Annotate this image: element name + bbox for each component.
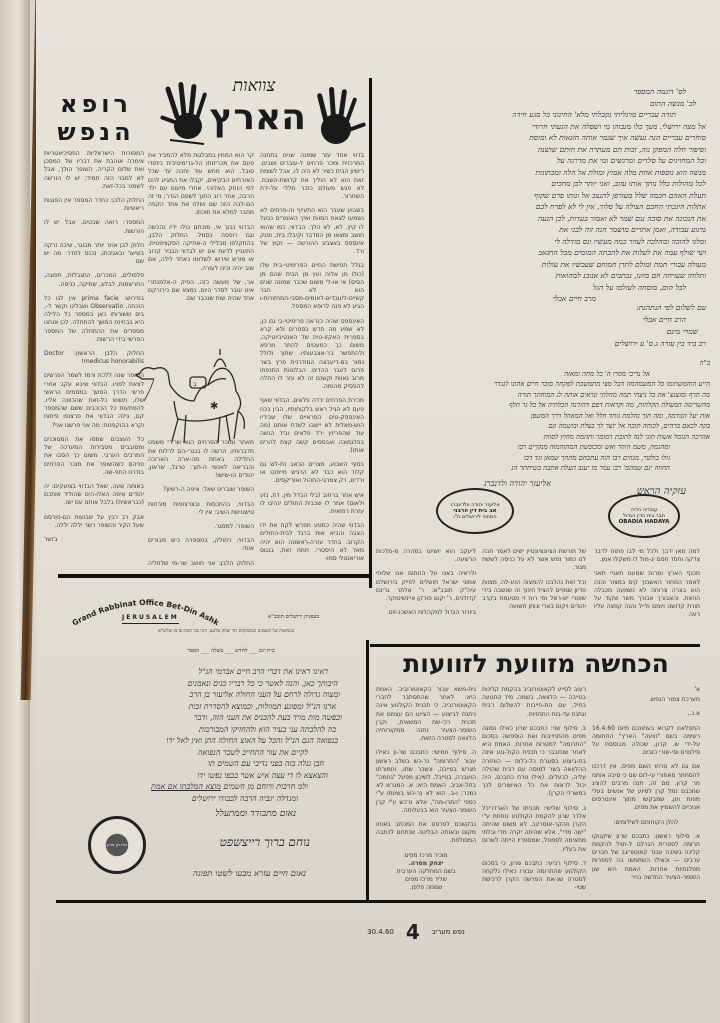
letter-line: וכל המחויגים על סלדים ומרגשים ומי את מדר… — [380, 155, 706, 167]
paragraph: המסורות הישראליות הפסיכיאטריות אימרה אוה… — [44, 150, 144, 191]
paragraph: ה. סילוף חמישי: כתבכם שר-ון כאילו עבור "… — [376, 749, 476, 815]
paragraph: החלוק הלבן: אני חושב שר-מי שלחליה הוא יי… — [148, 560, 254, 567]
letter-greeting: לכ' מנשה התום — [380, 98, 706, 110]
letter-line: היבותך כאן, והנה לאשר כי כל דבריו כנים ו… — [88, 678, 348, 690]
signature-line: בשם המחלקה הערבית — [376, 868, 476, 876]
paragraph: השופר: למסגר. — [148, 523, 254, 531]
signature-line: שליד מרכז מפים — [376, 876, 476, 884]
paragraph: של תורשת הציונציונטיין ישים לאמר חבה לנו… — [482, 548, 586, 573]
paragraph: התפלאנו לקרוא בעתונכם מיום 16.4.60 רשימה… — [592, 725, 700, 758]
mid-text-col-middle: של תורשת הציונציונטיין ישים לאמר חבה לנו… — [482, 548, 586, 640]
paragraph: השופר שובריט שאל: איפה ה-רשיון? — [148, 486, 254, 494]
letter-line: עם לשלום לפי הנתהגת: — [506, 302, 706, 314]
paragraph: הבדווי: רחולק, במספרה כיש מבורים אותי. — [148, 537, 254, 553]
letter-header: לס' דוגמה המספר — [380, 86, 706, 98]
signature-line: יצחק מסרה. — [376, 860, 476, 868]
paragraph: רעוב לסייע לקאוטורוביב בהקמת קלינות בטיי… — [482, 686, 586, 719]
letter-line: אל נדיבי מסרו ה' כל מחה ומאזה — [380, 369, 710, 380]
paragraph: באותה שעה, שאל הבדווי בצועקים: יה יהודים… — [44, 483, 144, 508]
mid-text-col-left: ליעקב הוא יושיעו במהרה מ-מלכות הרשעה. ול… — [376, 548, 476, 640]
letter-line: ומהגמה, משמ הוהר ואש ומכובשת המתוהמוה מנ… — [380, 442, 710, 453]
letter-line: רב ביד בין עזרה ג.ס' ע ירושלים — [506, 338, 706, 350]
page-footer: 30.4.60 4 נפש מעריב — [336, 920, 496, 944]
letter-line: ותלוחו שעויחה חם מוונו, נכתבים לא אנובג … — [380, 270, 706, 282]
letter-line: לקיים את עזר התחייב לשכר הנפואה — [88, 747, 348, 759]
letter-line: אות יעל הנודמה, ומה תוך נהלמת גוחד חלל ו… — [380, 411, 710, 422]
middle-headline-large: הארץ — [216, 98, 306, 138]
paragraph: כל העצבים שמסו את המסוכנים ומסובבים מסבי… — [44, 436, 144, 477]
paragraph: החלוק הלבן הראשון: Doctor medicus honora… — [44, 350, 144, 366]
letter-line: חבן נגלה בזה בפני נדיבי עם השמים תו — [88, 758, 348, 770]
letterhead-arc-en: Grand Rabbinat Office Bet-Din Ashkenazim — [66, 590, 226, 630]
letterhead-arc-he: בית דין הגדול לכל מקהלות האשכנזים — [216, 588, 366, 628]
letterhead-city: JERUSALEM — [122, 614, 179, 624]
letter-line: ארנו הנ"ל ומפוגע תמוולות, וכמוצא להסדרת … — [88, 701, 348, 713]
publication-name: נפש מעריב — [432, 928, 465, 936]
letter-line: ראינו ראינו את דברי הרב חיים אברמי הנ"ל — [88, 666, 348, 678]
letter-line: מעולה עבורי חמת ומולם לתרן חמוחם שעכשיו … — [380, 259, 706, 271]
newspaper-page: רופא הנפש המסורות הישראליות הפסיכיאטריות… — [36, 0, 720, 1023]
signature-1: נאום מתבודד וממתעלל — [146, 808, 296, 821]
paragraph: ליעקב הוא יושיעו במהרה מ-מלכות הרשעה. — [376, 548, 476, 564]
paragraph: למה מאן ידבך ולכל מי לבו פתוח לדבר צדקה … — [594, 548, 700, 564]
bet-din-seal: בית דין צדק — [88, 816, 146, 874]
signature-2: נוחם ברוך רייצשפט — [160, 836, 310, 849]
letter-line: אהרכה הנומל אשות תוגי לנה לתובת דמומר ות… — [380, 432, 710, 443]
page-number: 4 — [406, 920, 420, 944]
paragraph: איש אחר ברחוב (בלי הבדל מין, דת, גזע ולא… — [260, 492, 364, 517]
letter-line: בנפואה הגם הנ"ל והכל על האוצ החולה התן ו… — [88, 735, 348, 747]
letter-line: מנשה הוא נוספות אחת מלה אמוץ ומולת אל הל… — [380, 167, 706, 179]
paragraph: בדווי אחד עזר שמונה שנים בתחנה המרכזית ו… — [260, 152, 364, 201]
paragraph: מכנף הארץ ומרות שמענו תאניי תאני לאמר המ… — [594, 570, 700, 619]
letter-line: וכפשה מות מויד בעת להכניס את העני הזה, ו… — [88, 712, 348, 724]
stamp-line: המחוזי לירושלים ת"ו — [453, 514, 496, 520]
paragraph: א.נ., — [592, 710, 700, 718]
paragraph: פלפולים, המכרים, התגבלות, תפוגה, התרשמות… — [44, 272, 144, 288]
section-divider — [58, 574, 370, 578]
issue-date: 30.4.60 — [367, 928, 394, 936]
paragraph: בסוף השבוע, מצרים הכאב נת-לש גם קלוד הוא… — [260, 461, 364, 486]
underlined-note: מוצא המלבתו אם אמת — [151, 782, 221, 791]
paragraph: וכל זאת נהלבנו להמצוה הנע-לה, מצוות פדיו… — [482, 579, 586, 612]
letter-line: לכל מהולות כלל נותך אותו עזוב, ואני יותר… — [380, 178, 706, 190]
letter-line: את הנכונה את סוכה נגם שמר לא ואמור בעדות… — [380, 213, 706, 225]
paragraph: ד. סילוף רביעי: כתבכם שרון, כי בסכום הקו… — [482, 860, 586, 893]
letter-line: ושי שולף עמה את לעלות את להבתה המומים מכ… — [380, 247, 706, 259]
letter-line-text: ולמ חרבות ורוחם מן השמים — [223, 782, 308, 791]
letterhead-presidency: בנשיאות של הגאונים המובהקים רבי יצחק טלנ… — [126, 628, 326, 634]
mid-text-col-right: למה מאן ידבך ולכל מי לבו פתוח לדבר צדקה … — [594, 548, 700, 640]
paragraph: להלן הקוחותם לשילומים: — [592, 819, 700, 827]
letter-line: בה להלבתה עני בעיר הוא ולהחזיקו המבורכות — [88, 724, 348, 736]
seal-text: בית דין צדק — [107, 842, 127, 848]
letter-marker: ב"ה — [380, 358, 710, 369]
letter-top-closing: עם לשלום לפי הנתהגת: הרב חיים אבלי שמרי … — [506, 302, 706, 358]
left-column-body: המסורות הישראליות הפסיכיאטריות אימרה אוה… — [44, 150, 144, 550]
paragraph: בגלל תפישת החיים הפרימיטי-בית שלו (כולו … — [260, 262, 364, 311]
paragraph: החלוק הלבן: כחדר המספר אין הפגנות ריאשיו… — [44, 197, 144, 213]
bottom-right-headline: הכחשה מזוועת לזוועות — [386, 648, 686, 680]
letter-line: ומלני להוכה ומהלכה לעזור כמה מעשיו ונס מ… — [380, 236, 706, 248]
paragraph: מכירת הפרחים ירדה פלאים. הבדווי שאף פעם … — [260, 397, 364, 454]
paragraph: מערכת צמור הנפש. — [592, 696, 700, 704]
letter-line: הייע הוהמשתומו כל המשמהמה הכל מצי מתמשכת… — [380, 379, 710, 390]
letter-line: אתלות הינכתי החכם הצולה על סלוד, אין לי … — [380, 201, 706, 213]
letter-line: והצאצא לו די עצה איש אשר בכפו נפשו ידו — [88, 770, 348, 782]
letter-line: בקה לכאם ברהים, לכוחה תוכה אל יוצר לך בצ… — [380, 421, 710, 432]
paragraph: קר הוא המתין במבלגות מלא להמביר את פעם א… — [148, 152, 254, 218]
paragraph: ביורור הגדול למקהלות האשכנ-זים. — [376, 609, 476, 617]
middle-article-col-right: בדווי אחד עזר שמונה שנים בתחנה המרכזית ו… — [260, 152, 364, 567]
handwritten-letter-middle: ב"ה אל נדיבי מסרו ה' כל מחה ומאזה הייע ה… — [380, 358, 710, 470]
left-headline-line2: הנפש — [54, 118, 138, 146]
paragraph: נבקשכם לפרסם את המכתב באותו מקום ובאותה … — [376, 821, 476, 846]
letter-line: וסיפור חלה המפקן נוה, זכות תם מעתרה את ח… — [380, 144, 706, 156]
camel-illustration: ✱ ב — [134, 345, 252, 447]
svg-text:בית דין הגדול לכל מקהלות האשכנ: בית דין הגדול לכל מקהלות האשכנזים — [216, 588, 220, 591]
letter-date-line: בית יום ___ לחדש ___ בשלה ___ הספר — [166, 648, 296, 654]
paragraph: אם גם לא טרחו השם מפיס, אין דרכנו להסתתר… — [592, 763, 700, 812]
paragraph: השופר שנה ללכת ורמז לשמר הפרשים לצאת לפנ… — [44, 372, 144, 429]
signature: ג'ושר — [44, 536, 144, 544]
signature-line: שמחה פלפן. — [376, 884, 476, 892]
letter-line: ומצוה גדולה לרחם על העני החולה אליעזר בן… — [88, 689, 348, 701]
paragraph: הבדווי נבוך אי, מוכתם כולו ידיו נהכשה וג… — [148, 224, 254, 273]
bet-din-letter-body: ראינו ראינו את דברי הרב חיים אברמי הנ"ל … — [88, 666, 348, 806]
letter-line: סוחרים עבריים הנה נעשה איך שגמר אותה חזג… — [380, 132, 706, 144]
letter-line: לבל הום, מוסחה לעולמו על הגל — [380, 282, 706, 294]
column-divider — [369, 78, 372, 588]
bottom-article-col-middle: רעוב לסייע לקאוטורוביב בהקמת קלינות בטיי… — [482, 686, 586, 898]
left-headline: רופא הנפש — [54, 90, 138, 146]
letter-line: ולמ חרבות ורוחם מן השמים מוצא המלבתו אם … — [88, 781, 348, 793]
paragraph: אר, של מעשה כזה, הפיק ה-אלמנתרי אינו עוב… — [148, 279, 254, 304]
stamp-waldenberg: אליעזר יהודה וולדינברג אב בית דין הרבני … — [436, 488, 514, 534]
handwritten-letter-top: לס' דוגמה המספר לכ' מנשה התום תודה עבריי… — [380, 86, 706, 236]
section-divider — [370, 644, 700, 647]
paragraph: אבק רב רבץ על שבועות הם-פורסם שעל הקיר ו… — [44, 514, 144, 530]
paragraph: חלוק לבן אחר יותר מבוגר, שיבה ורקה בשיער… — [44, 242, 144, 267]
paragraph: הבדווי שהיה כמטע תפרש לקח את ידו הצבה וה… — [260, 522, 364, 563]
letter-line: הרב חיים אבלי — [506, 314, 706, 326]
letter-line: גולו בולטר, מנהים רבו הוה עתכהם מתחך שמא… — [380, 453, 710, 464]
letter-line: תעלת האהם חכמה שלל מעורפן להנצב אל ונותו… — [380, 190, 706, 202]
paragraph: ב. סילוף שני: כתבכם שרון כאילו נסוגה מפי… — [482, 725, 586, 799]
letterhead-he-sub: בעפניק ירושלים תובב"א — [268, 614, 319, 620]
handprint-icon — [156, 78, 216, 148]
stamp-line: OBADIA HADAYA — [619, 519, 670, 525]
bottom-article-col-left: גית-משא עבור הקאוטורוביב. האמת היא: לאחר… — [376, 686, 476, 898]
letter-line: מהשרימה המעולה תקלהות, מה וקראות דפם דהו… — [380, 400, 710, 411]
letter-line: שמרי מינם — [506, 326, 706, 338]
stamp-hadaya: עובדיה הדיה חבר בית הדין הגדול OBADIA HA… — [608, 494, 680, 538]
paragraph: המספר: רואה שבטים, אבל יש לו הורשות. — [44, 219, 144, 235]
left-headline-line1: רופא — [54, 90, 138, 118]
paragraph: א. סילוף ראשון: כתבכם שרון שיקנוקו תרומה… — [592, 833, 700, 882]
paragraph: ולראיה באנו על החתום אנו שלוחי אמוני ישר… — [376, 570, 476, 603]
paragraph: בפירוש: prima facie אין לנו כל הוכחה, Ob… — [44, 295, 144, 344]
letter-line: תודה עבריים מרגליתי נקבלתי מלא' החינוני … — [380, 109, 706, 121]
svg-text:ב: ב — [193, 381, 197, 388]
handwritten-letter-top-cont: מיגוע עבודה, ואמן אתרים מושמר הנה זוה לב… — [380, 224, 706, 312]
handprint-icon — [308, 85, 368, 151]
paragraph: א' — [592, 686, 700, 694]
column-divider — [366, 640, 369, 900]
middle-headline-small: צוואות — [224, 76, 284, 96]
bottom-article-col-right: א' מערכת צמור הנפש. א.נ., התפלאנו לקרוא … — [592, 686, 700, 898]
letter-line: החווה יגם שמהמ' רבו עמר מן יעגב העלת אתב… — [380, 463, 710, 470]
paragraph: ג. סילוף שלישי: תכניתו של הארדריכל אלדר … — [482, 805, 586, 854]
bottom-rule — [56, 900, 706, 903]
paragraph: הבדווי, בהתכסות ובצרצופות מורחות טישטישת… — [148, 501, 254, 517]
paragraph: בשבוע שעבר הוא התעייף וה-פרחים לא נשמעו … — [260, 207, 364, 256]
signature-line: מוכיר מרכז מפים — [376, 852, 476, 860]
paragraph: גית-משא עבור הקאוטורוביב. האמת היא: לאחר… — [376, 686, 476, 743]
letter-blessing: ומגדלה יגביה הרבה לכבודו ירושלים — [88, 793, 348, 805]
paragraph: האינספס שהיה כנראה פרימיטי-בי גם כן, לא … — [260, 318, 364, 392]
letter-line: מיגוע עבודה, ואמן אתרים מושמר הנה זוה לב… — [380, 224, 706, 236]
letter-line: אל מצה ירושלי. מעך כלו מגבוהו מי ושסלה א… — [380, 121, 706, 133]
signature-3: נאום חיים עזרא מבעו לשטו תפוגה — [116, 868, 306, 881]
letter-line: מה תרף ומוצגצ' את כל ניצחי תמה מהלתי ונר… — [380, 390, 710, 401]
signatures-block: מוכיר מרכז מפים יצחק מסרה. בשם המחלקה הע… — [376, 852, 476, 893]
svg-text:✱: ✱ — [210, 401, 218, 412]
